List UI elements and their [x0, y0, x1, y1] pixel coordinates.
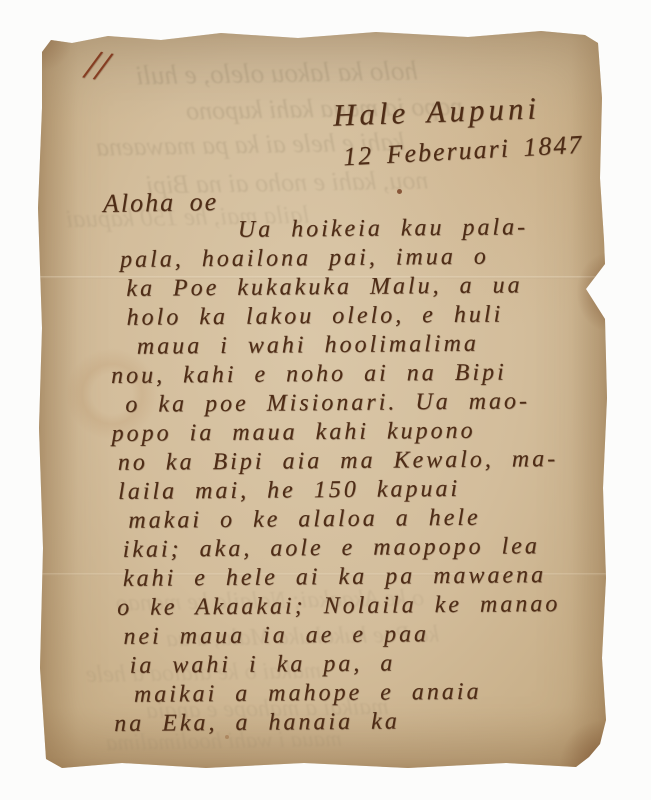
letter-line: ka Poe kukakuka Malu, a ua	[126, 272, 557, 305]
letter-line: o ke Akaakai; Nolaila ke manao	[117, 591, 560, 624]
letter-line: maua i wahi hoolimalima	[137, 330, 558, 363]
corner-shade-top-left	[36, 28, 70, 72]
letter-line: maikai a mahope e anaia	[134, 678, 561, 711]
letter-line: o ka poe Misionari. Ua mao-	[125, 388, 558, 421]
letter-line: kahi e hele ai ka pa mawaena	[123, 562, 560, 595]
paper-sheet: holo ka lakou olelo, e huli popo ia maua…	[36, 28, 609, 769]
letter-scan: holo ka lakou olelo, e huli popo ia maua…	[0, 0, 651, 800]
letter-line: Ua hoikeia kau pala-	[238, 214, 557, 246]
letter-line: na Eka, a hanaia ka	[114, 707, 561, 740]
letter-line: nei maua ia ae e paa	[123, 620, 560, 653]
letter-line: popo ia maua kahi kupono	[112, 417, 559, 450]
torn-edge-shadow	[577, 253, 609, 331]
letter-line: ia wahi i ka pa, a	[130, 649, 561, 682]
letter-line: holo ka lakou olelo, e huli	[126, 301, 557, 334]
archival-mark: //	[82, 41, 111, 92]
corner-damage-bottom-right	[561, 721, 609, 769]
letter-body: Ua hoikeia kau pala- pala, hoailona pai,…	[110, 214, 562, 740]
letter-place-line: Hale Aupuni	[332, 90, 540, 133]
letter-line: laila mai, he 150 kapuai	[118, 475, 559, 508]
letter-line: makai o ke alaloa a hele	[128, 504, 559, 537]
letter-line: pala, hoailona pai, imua o	[120, 243, 557, 276]
letter-salutation: Aloha oe	[103, 187, 219, 219]
letter-line: nou, kahi e noho ai na Bipi	[111, 359, 558, 392]
letter-line: no ka Bipi aia ma Kewalo, ma-	[118, 446, 559, 479]
letter-line: ikai; aka, aole e maopopo lea	[123, 533, 560, 566]
bleedthrough-line: holo ka lakou olelo, e huli	[136, 56, 418, 92]
